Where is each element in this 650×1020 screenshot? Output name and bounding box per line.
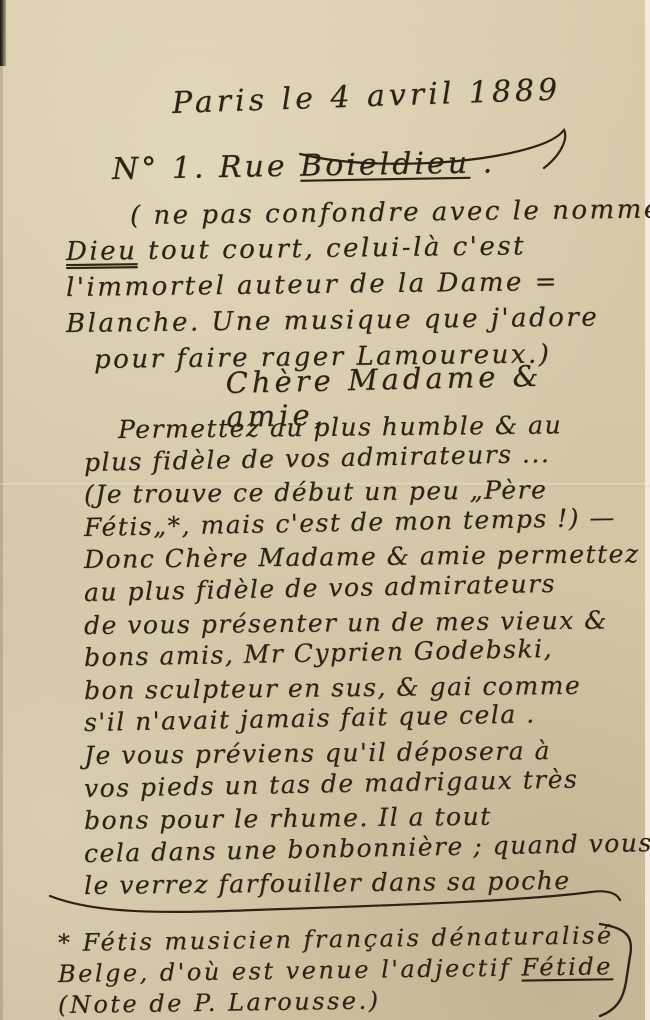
parenthetical-note: ( ne pas confondre avec le nommé Dieu to…: [66, 198, 650, 378]
line-rest: tout court, celui-là c'est: [137, 231, 526, 266]
street-name-underlined: Boieldieu: [300, 146, 471, 184]
dateline: Paris le 4 avril 1889: [171, 72, 561, 121]
footnote-separator-line: [46, 884, 626, 924]
letter-body: Permettez au plus humble & au plus fidèl…: [84, 414, 650, 903]
footnote: * Fétis musicien français dénaturalisé B…: [58, 928, 614, 1020]
footnote-line: (Note de P. Larousse.): [58, 982, 614, 1020]
paper-left-edge-shadow: [0, 0, 3, 1020]
address-suffix: .: [470, 145, 496, 180]
footnote-closing-bracket: [596, 920, 644, 1020]
dieu-word-underlined: Dieu: [66, 236, 138, 267]
letter-page: Paris le 4 avril 1889 N° 1. Rue Boieldie…: [0, 0, 650, 1020]
footnote-line-pre: Belge, d'où est venue l'adjectif: [58, 954, 522, 988]
address-line: N° 1. Rue Boieldieu .: [112, 145, 496, 187]
address-prefix: N° 1. Rue: [112, 149, 301, 187]
paper-left-edge: [0, 0, 6, 66]
